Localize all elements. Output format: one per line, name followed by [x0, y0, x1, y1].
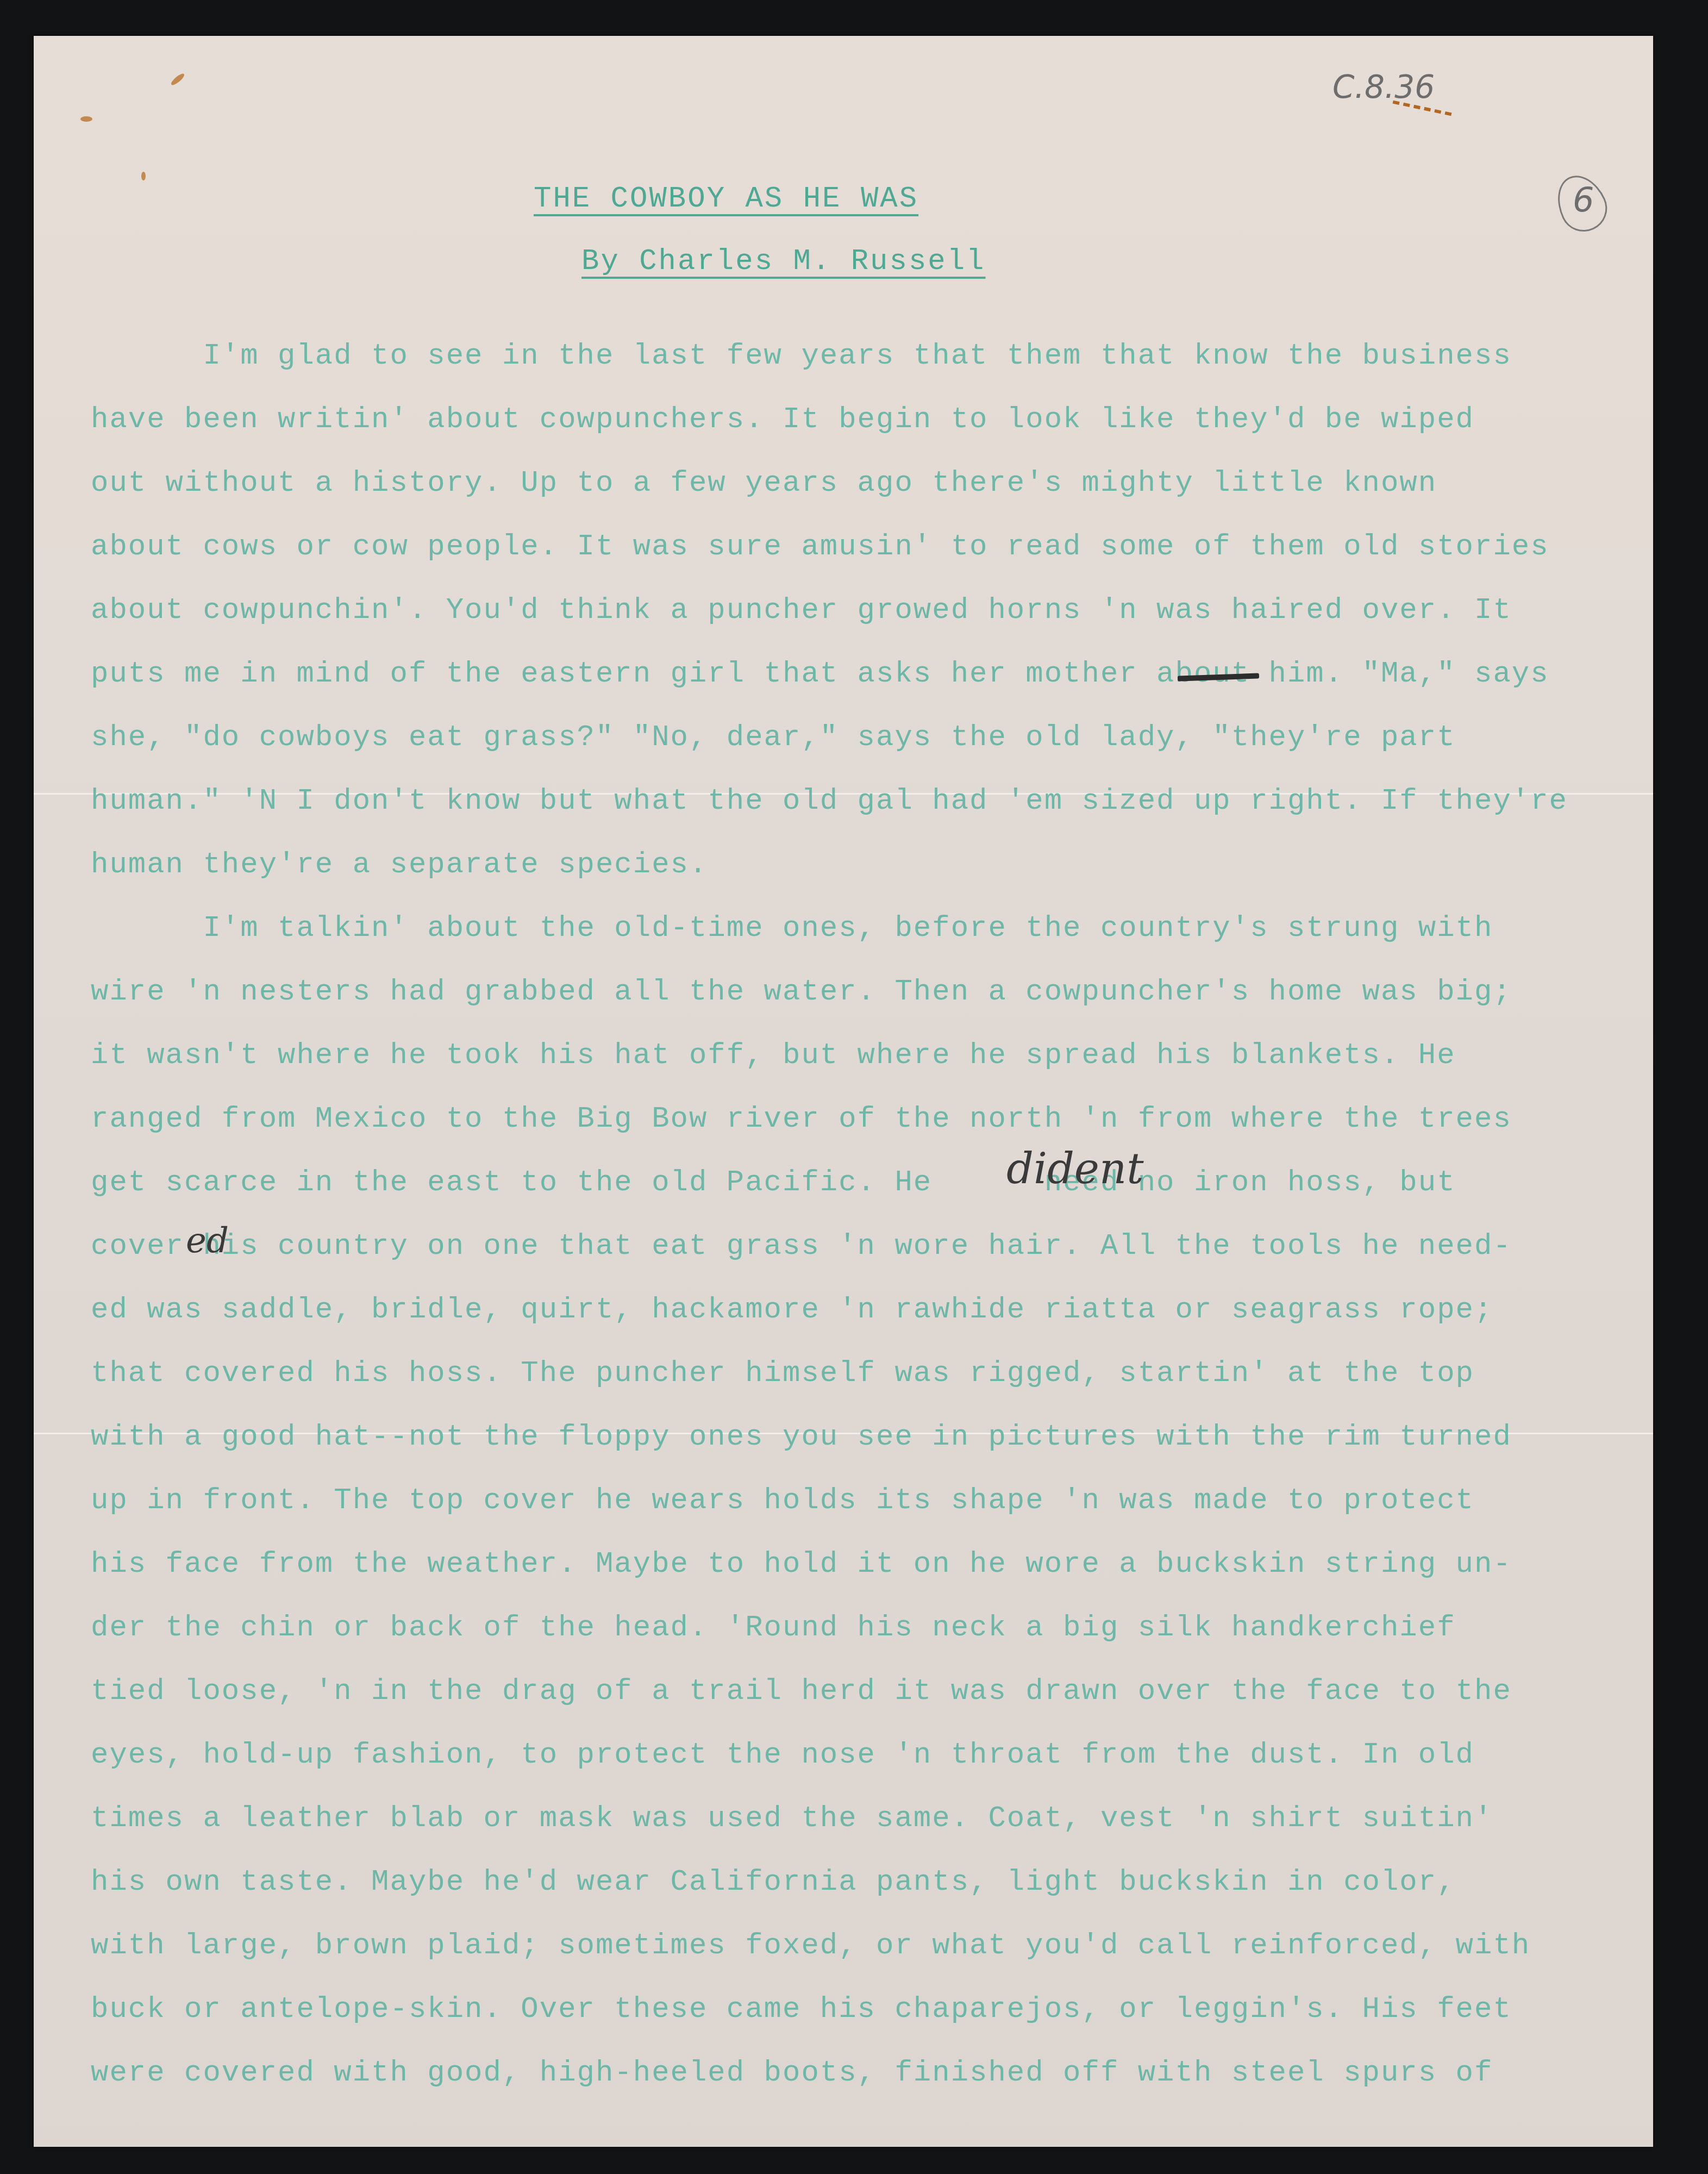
rust-stain	[170, 72, 185, 87]
text-line: tied loose, 'n in the drag of a trail he…	[91, 1677, 1512, 1707]
text-line: I'm talkin' about the old-time ones, bef…	[91, 914, 1493, 944]
text-line: buck or antelope-skin. Over these came h…	[91, 1995, 1512, 2025]
text-line: human." 'N I don't know but what the old…	[91, 787, 1568, 816]
text-line: with large, brown plaid; sometimes foxed…	[91, 1932, 1530, 1961]
text-line: times a leather blab or mask was used th…	[91, 1804, 1493, 1834]
text-line: ranged from Mexico to the Big Bow river …	[91, 1105, 1512, 1134]
document-page: C.8.36 6 THE COWBOY AS HE WAS By Charles…	[34, 36, 1653, 2147]
text-line: get scarce in the east to the old Pacifi…	[91, 1169, 1456, 1198]
document-byline: By Charles M. Russell	[581, 245, 986, 278]
page-number: 6	[1573, 180, 1594, 220]
text-line: his own taste. Maybe he'd wear Californi…	[91, 1868, 1456, 1897]
text-line: she, "do cowboys eat grass?" "No, dear,"…	[91, 723, 1456, 753]
document-title: THE COWBOY AS HE WAS	[534, 183, 918, 216]
text-line: out without a history. Up to a few years…	[91, 469, 1437, 498]
rust-stain	[141, 172, 146, 180]
text-line: der the chin or back of the head. 'Round…	[91, 1614, 1456, 1643]
text-line: puts me in mind of the eastern girl that…	[91, 660, 1549, 689]
text-line: that covered his hoss. The puncher himse…	[91, 1359, 1474, 1389]
text-line: with a good hat--not the floppy ones you…	[91, 1423, 1512, 1452]
text-line: about cows or cow people. It was sure am…	[91, 533, 1549, 562]
text-line: were covered with good, high-heeled boot…	[91, 2059, 1493, 2088]
text-line: his face from the weather. Maybe to hold…	[91, 1550, 1512, 1579]
handwritten-insert-dident: dident	[1006, 1145, 1144, 1194]
text-line: eyes, hold-up fashion, to protect the no…	[91, 1741, 1474, 1770]
text-line: cover his country on one that eat grass …	[91, 1232, 1512, 1261]
text-line: wire 'n nesters had grabbed all the wate…	[91, 978, 1512, 1007]
text-line: up in front. The top cover he wears hold…	[91, 1486, 1474, 1516]
text-line: have been writin' about cowpunchers. It …	[91, 405, 1474, 435]
text-line: I'm glad to see in the last few years th…	[91, 342, 1512, 371]
text-line: it wasn't where he took his hat off, but…	[91, 1041, 1456, 1071]
text-line: ed was saddle, bridle, quirt, hackamore …	[91, 1296, 1493, 1325]
handwritten-insert-ed: ed	[186, 1221, 229, 1261]
archive-mark: C.8.36	[1332, 68, 1435, 105]
text-line: human they're a separate species.	[91, 851, 708, 880]
rust-stain	[80, 116, 92, 122]
text-line: about cowpunchin'. You'd think a puncher…	[91, 596, 1512, 626]
